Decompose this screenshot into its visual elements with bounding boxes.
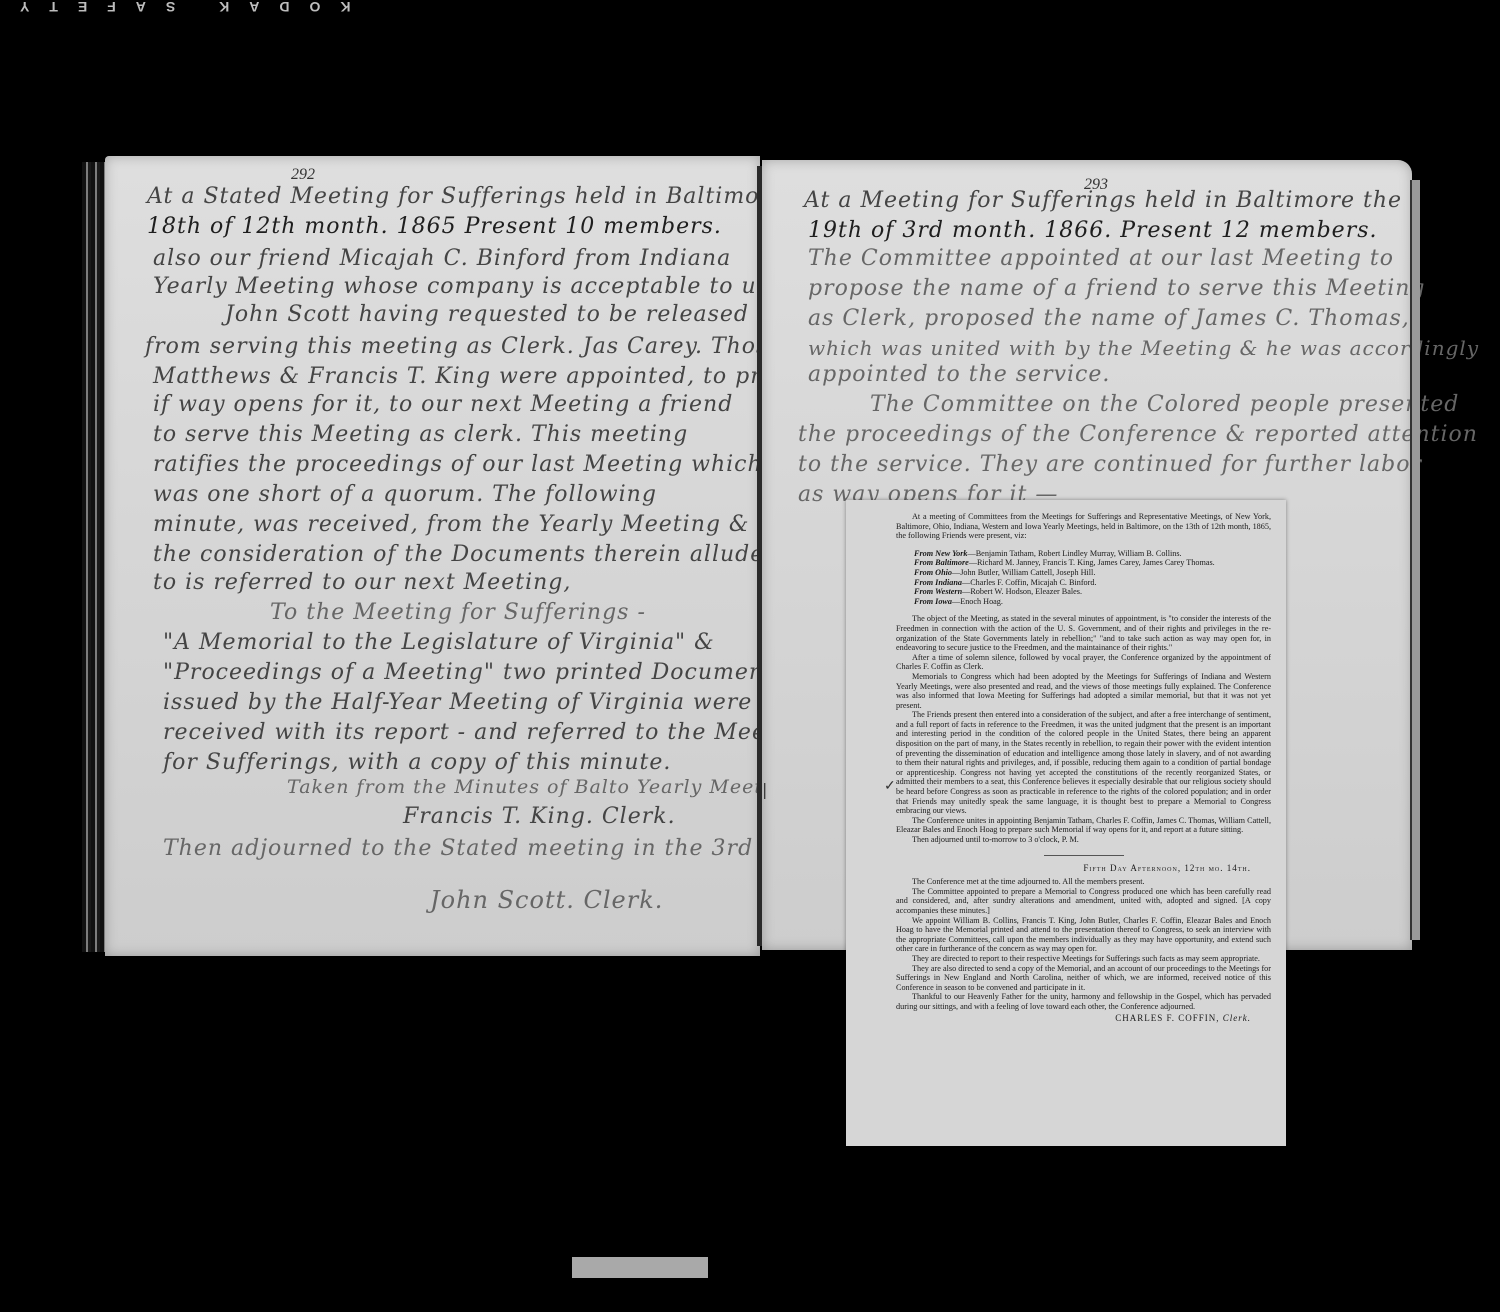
page-number: 292 (291, 166, 315, 184)
handwritten-signature: Francis T. King. Clerk. (403, 804, 676, 829)
clipping-intro: At a meeting of Committees from the Meet… (896, 512, 1271, 541)
delegation-list: From New York—Benjamin Tatham, Robert Li… (896, 549, 1271, 607)
delegation-from: From Baltimore (914, 558, 969, 567)
handwritten-line: minute, was received, from the Yearly Me… (153, 512, 750, 537)
handwritten-signature: John Scott. Clerk. (430, 886, 663, 914)
handwritten-line: received with its report - and referred … (163, 720, 814, 745)
delegation-item: From Ohio—John Butler, William Cattell, … (896, 568, 1271, 578)
handwritten-line: propose the name of a friend to serve th… (808, 276, 1425, 301)
handwritten-line: 18th of 12th month. 1865 Present 10 memb… (147, 214, 722, 239)
handwritten-line: also our friend Micajah C. Binford from … (153, 246, 731, 271)
handwritten-line: to the service. They are continued for f… (798, 452, 1422, 477)
printed-clipping: At a meeting of Committees from the Meet… (846, 500, 1286, 1146)
handwritten-line: which was united with by the Meeting & h… (808, 336, 1479, 360)
delegation-from: From Western (914, 587, 962, 596)
clipping-paragraph: They are directed to report to their res… (896, 954, 1271, 964)
delegation-item: From Indiana—Charles F. Coffin, Micajah … (896, 578, 1271, 588)
handwritten-line: Then adjourned to the Stated meeting in … (163, 836, 805, 861)
delegation-item: From New York—Benjamin Tatham, Robert Li… (896, 549, 1271, 559)
clipping-paragraph: The Conference unites in appointing Benj… (896, 816, 1271, 835)
delegation-names: —Richard M. Janney, Francis T. King, Jam… (969, 558, 1215, 567)
delegation-from: From New York (914, 549, 968, 558)
clipping-signature: CHARLES F. COFFIN, Clerk. (896, 1014, 1271, 1024)
clipping-paragraph: The Conference met at the time adjourned… (896, 877, 1271, 887)
clipping-text: At a meeting of Committees from the Meet… (896, 512, 1271, 1023)
handwritten-line: Taken from the Minutes of Balto Yearly M… (287, 776, 796, 798)
margin-mark: | (762, 780, 767, 799)
delegation-names: —Charles F. Coffin, Micajah C. Binford. (962, 578, 1097, 587)
signature-title: Clerk. (1223, 1013, 1251, 1023)
handwritten-line: as Clerk, proposed the name of James C. … (808, 306, 1410, 331)
handwritten-line: to serve this Meeting as clerk. This mee… (153, 422, 688, 447)
handwritten-line: Matthews & Francis T. King were appointe… (153, 364, 840, 389)
delegation-from: From Iowa (914, 597, 952, 606)
clipping-paragraph: The Committee appointed to prepare a Mem… (896, 887, 1271, 916)
handwritten-line: 19th of 3rd month. 1866. Present 12 memb… (808, 218, 1378, 243)
film-frame-label (572, 1257, 708, 1278)
handwritten-line: the proceedings of the Conference & repo… (798, 422, 1478, 447)
clipping-paragraph: Memorials to Congress which had been ado… (896, 672, 1271, 710)
delegation-item: From Western—Robert W. Hodson, Eleazer B… (896, 587, 1271, 597)
clipping-paragraph: We appoint William B. Collins, Francis T… (896, 916, 1271, 954)
handwritten-line: for Sufferings, with a copy of this minu… (163, 750, 671, 775)
signature-name: CHARLES F. COFFIN, (1115, 1013, 1219, 1023)
section-divider (1044, 855, 1124, 856)
book-right-edge (1410, 180, 1420, 940)
handwritten-line: The Committee appointed at our last Meet… (808, 246, 1394, 271)
clipping-paragraph: Then adjourned until to-morrow to 3 o'cl… (896, 835, 1271, 845)
handwritten-line: Yearly Meeting whose company is acceptab… (153, 274, 777, 299)
film-edge-marking: KODAK SAFETY (0, 0, 600, 14)
handwritten-line: To the Meeting for Sufferings - (270, 600, 646, 625)
handwritten-line: if way opens for it, to our next Meeting… (153, 392, 733, 417)
clipping-paragraph: The Friends present then entered into a … (896, 710, 1271, 816)
delegation-item: From Iowa—Enoch Hoag. (896, 597, 1271, 607)
handwritten-line: was one short of a quorum. The following (153, 482, 657, 507)
delegation-item: From Baltimore—Richard M. Janney, Franci… (896, 558, 1271, 568)
delegation-names: —Enoch Hoag. (952, 597, 1003, 606)
clipping-paragraph: The object of the Meeting, as stated in … (896, 614, 1271, 652)
handwritten-line: ratifies the proceedings of our last Mee… (153, 452, 763, 477)
handwritten-line: At a Meeting for Sufferings held in Balt… (804, 188, 1402, 213)
handwritten-line: "A Memorial to the Legislature of Virgin… (163, 630, 715, 655)
handwritten-line: At a Stated Meeting for Sufferings held … (147, 184, 785, 209)
annotation-arrow-icon: ✓ (884, 778, 896, 794)
handwritten-line: from serving this meeting as Clerk. Jas … (145, 334, 802, 359)
handwritten-line: the consideration of the Documents there… (153, 542, 779, 567)
delegation-names: —Benjamin Tatham, Robert Lindley Murray,… (968, 549, 1182, 558)
handwritten-line: "Proceedings of a Meeting" two printed D… (163, 660, 794, 685)
section-heading: Fifth Day Afternoon, 12th mo. 14th. (896, 864, 1271, 874)
left-page: 292 At a Stated Meeting for Sufferings h… (105, 156, 760, 956)
delegation-names: —John Butler, William Cattell, Joseph Hi… (952, 568, 1095, 577)
handwritten-line: The Committee on the Colored people pres… (870, 392, 1459, 417)
delegation-from: From Indiana (914, 578, 962, 587)
handwritten-line: John Scott having requested to be releas… (225, 302, 749, 327)
clipping-paragraph: After a time of solemn silence, followed… (896, 653, 1271, 672)
delegation-names: —Robert W. Hodson, Eleazer Bales. (962, 587, 1082, 596)
book-page-edges (82, 162, 106, 952)
handwritten-line: appointed to the service. (808, 362, 1110, 387)
delegation-from: From Ohio (914, 568, 952, 577)
clipping-paragraph: They are also directed to send a copy of… (896, 964, 1271, 993)
handwritten-line: issued by the Half-Year Meeting of Virgi… (163, 690, 752, 715)
clipping-paragraph: Thankful to our Heavenly Father for the … (896, 992, 1271, 1011)
handwritten-line: to is referred to our next Meeting, (153, 570, 571, 595)
